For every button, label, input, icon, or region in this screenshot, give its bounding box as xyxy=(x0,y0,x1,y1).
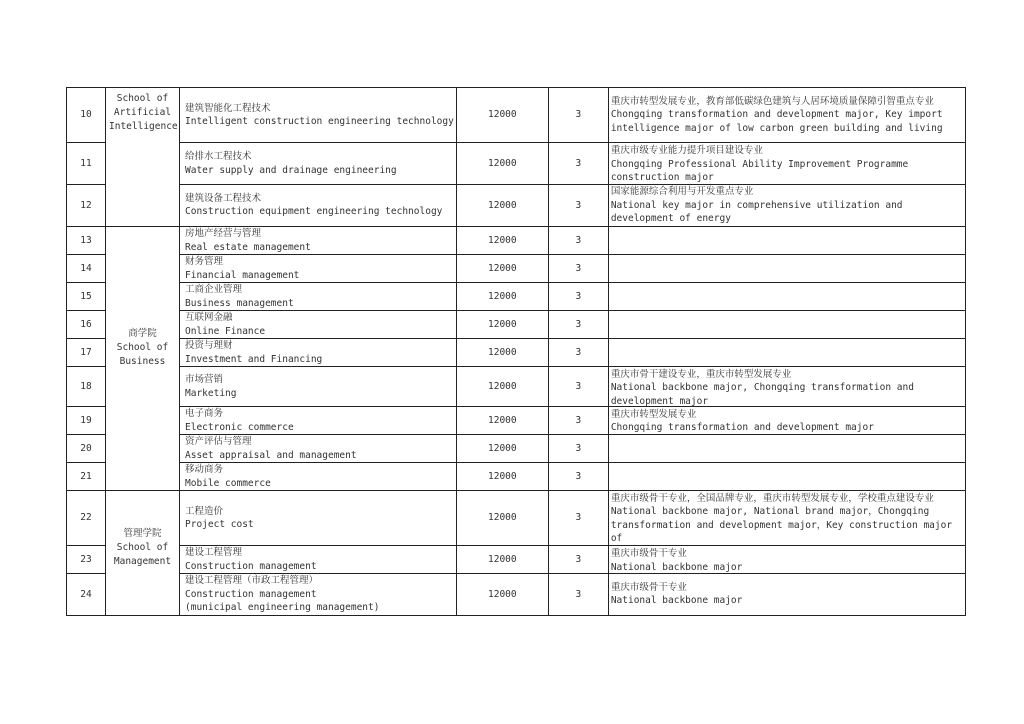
major-cell: 财务管理Financial management xyxy=(180,255,457,283)
note-en: Chongqing transformation and development… xyxy=(611,421,963,434)
majors-table: 10人工智能学院School of Artificial Intelligenc… xyxy=(66,87,966,616)
tuition-value: 12000 xyxy=(456,339,548,367)
major-name-en: Financial management xyxy=(185,269,454,283)
row-number: 19 xyxy=(67,407,106,435)
years-value: 3 xyxy=(548,574,608,616)
school-name-zh: 商学院 xyxy=(106,327,179,341)
school-name-en: School of Business xyxy=(106,341,179,369)
tuition-value: 12000 xyxy=(456,311,548,339)
table-row: 23建设工程管理Construction management120003重庆市… xyxy=(67,546,966,574)
note-cell: 重庆市级骨干专业National backbone major xyxy=(608,546,965,574)
row-number: 11 xyxy=(67,143,106,184)
major-cell: 移动商务Mobile commerce xyxy=(180,463,457,491)
major-name-zh: 电子商务 xyxy=(185,407,454,421)
table-row: 14财务管理Financial management120003 xyxy=(67,255,966,283)
row-number: 22 xyxy=(67,491,106,546)
table-row: 24建设工程管理（市政工程管理）Construction management … xyxy=(67,574,966,616)
major-cell: 建筑设备工程技术Construction equipment engineeri… xyxy=(180,184,457,226)
major-cell: 房地产经营与管理Real estate management xyxy=(180,227,457,255)
major-cell: 工程造价Project cost xyxy=(180,491,457,546)
major-cell: 投资与理财Investment and Financing xyxy=(180,339,457,367)
major-cell: 建设工程管理Construction management xyxy=(180,546,457,574)
years-value: 3 xyxy=(548,311,608,339)
table-row: 21移动商务Mobile commerce120003 xyxy=(67,463,966,491)
major-name-en: Project cost xyxy=(185,518,454,532)
note-en: National key major in comprehensive util… xyxy=(611,199,963,226)
major-name-en: Online Finance xyxy=(185,325,454,339)
major-name-zh: 投资与理财 xyxy=(185,339,454,353)
note-cell xyxy=(608,311,965,339)
table-row: 13商学院School of Business房地产经营与管理Real esta… xyxy=(67,227,966,255)
tuition-value: 12000 xyxy=(456,435,548,463)
years-value: 3 xyxy=(548,283,608,311)
table-row: 16互联网金融Online Finance120003 xyxy=(67,311,966,339)
years-value: 3 xyxy=(548,546,608,574)
note-en: National backbone major xyxy=(611,594,963,608)
note-zh: 重庆市级骨干专业 xyxy=(611,547,963,561)
years-value: 3 xyxy=(548,435,608,463)
tuition-value: 12000 xyxy=(456,491,548,546)
major-name-en: Construction equipment engineering techn… xyxy=(185,205,454,219)
tuition-value: 12000 xyxy=(456,574,548,616)
row-number: 10 xyxy=(67,88,106,143)
note-zh: 重庆市转型发展专业，教育部低碳绿色建筑与人居环境质量保障引智重点专业 xyxy=(611,95,963,109)
years-value: 3 xyxy=(548,367,608,407)
tuition-value: 12000 xyxy=(456,367,548,407)
major-name-en: Business management xyxy=(185,297,454,311)
school-cell: 人工智能学院School of Artificial Intelligence xyxy=(106,88,180,227)
note-cell xyxy=(608,283,965,311)
tuition-value: 12000 xyxy=(456,227,548,255)
major-name-en: Marketing xyxy=(185,387,454,401)
tuition-value: 12000 xyxy=(456,88,548,143)
table-row: 20资产评估与管理Asset appraisal and management1… xyxy=(67,435,966,463)
school-cell: 管理学院School of Management xyxy=(106,491,180,616)
tuition-value: 12000 xyxy=(456,184,548,226)
years-value: 3 xyxy=(548,255,608,283)
row-number: 23 xyxy=(67,546,106,574)
years-value: 3 xyxy=(548,463,608,491)
note-cell: 重庆市转型发展专业Chongqing transformation and de… xyxy=(608,407,965,435)
table-row: 18市场营销Marketing120003重庆市骨干建设专业，重庆市转型发展专业… xyxy=(67,367,966,407)
major-cell: 互联网金融Online Finance xyxy=(180,311,457,339)
school-cell: 商学院School of Business xyxy=(106,227,180,491)
row-number: 18 xyxy=(67,367,106,407)
note-cell: 重庆市级专业能力提升项目建设专业Chongqing Professional A… xyxy=(608,143,965,184)
major-name-en: Real estate management xyxy=(185,241,454,255)
tuition-value: 12000 xyxy=(456,255,548,283)
note-en: Chongqing transformation and development… xyxy=(611,108,963,135)
years-value: 3 xyxy=(548,227,608,255)
major-name-zh: 建筑设备工程技术 xyxy=(185,192,454,206)
major-name-en: Electronic commerce xyxy=(185,421,454,435)
note-cell: 重庆市级骨干专业National backbone major xyxy=(608,574,965,616)
major-cell: 电子商务Electronic commerce xyxy=(180,407,457,435)
tuition-value: 12000 xyxy=(456,407,548,435)
row-number: 13 xyxy=(67,227,106,255)
major-name-zh: 房地产经营与管理 xyxy=(185,227,454,241)
tuition-value: 12000 xyxy=(456,283,548,311)
major-name-en: Investment and Financing xyxy=(185,353,454,367)
note-cell: 国家能源综合利用与开发重点专业National key major in com… xyxy=(608,184,965,226)
row-number: 24 xyxy=(67,574,106,616)
major-cell: 建设工程管理（市政工程管理）Construction management (m… xyxy=(180,574,457,616)
major-name-en: Asset appraisal and management xyxy=(185,449,454,463)
major-cell: 市场营销Marketing xyxy=(180,367,457,407)
major-name-zh: 市场营销 xyxy=(185,373,454,387)
note-cell: 重庆市骨干建设专业，重庆市转型发展专业National backbone maj… xyxy=(608,367,965,407)
note-cell xyxy=(608,463,965,491)
note-cell: 重庆市级骨干专业，全国品牌专业，重庆市转型发展专业，学校重点建设专业Nation… xyxy=(608,491,965,546)
major-name-en: Construction management xyxy=(185,560,454,574)
major-name-zh: 互联网金融 xyxy=(185,311,454,325)
note-en: National backbone major, Chongqing trans… xyxy=(611,381,963,406)
school-name-en: School of Artificial Intelligence xyxy=(106,92,179,134)
row-number: 16 xyxy=(67,311,106,339)
row-number: 15 xyxy=(67,283,106,311)
table-row: 12建筑设备工程技术Construction equipment enginee… xyxy=(67,184,966,226)
major-cell: 建筑智能化工程技术Intelligent construction engine… xyxy=(180,88,457,143)
major-name-zh: 工商企业管理 xyxy=(185,283,454,297)
table-row: 11给排水工程技术Water supply and drainage engin… xyxy=(67,143,966,184)
tuition-value: 12000 xyxy=(456,143,548,184)
years-value: 3 xyxy=(548,88,608,143)
major-cell: 工商企业管理Business management xyxy=(180,283,457,311)
row-number: 12 xyxy=(67,184,106,226)
note-cell xyxy=(608,435,965,463)
table-row: 15工商企业管理Business management120003 xyxy=(67,283,966,311)
years-value: 3 xyxy=(548,407,608,435)
major-name-zh: 财务管理 xyxy=(185,255,454,269)
note-cell xyxy=(608,339,965,367)
major-name-zh: 移动商务 xyxy=(185,463,454,477)
years-value: 3 xyxy=(548,184,608,226)
major-name-zh: 工程造价 xyxy=(185,505,454,519)
years-value: 3 xyxy=(548,491,608,546)
note-zh: 国家能源综合利用与开发重点专业 xyxy=(611,185,963,199)
major-name-en: Intelligent construction engineering tec… xyxy=(185,115,454,129)
row-number: 14 xyxy=(67,255,106,283)
table-row: 22管理学院School of Management工程造价Project co… xyxy=(67,491,966,546)
years-value: 3 xyxy=(548,143,608,184)
tuition-value: 12000 xyxy=(456,463,548,491)
major-name-en: Water supply and drainage engineering xyxy=(185,164,454,178)
major-cell: 资产评估与管理Asset appraisal and management xyxy=(180,435,457,463)
note-zh: 重庆市级专业能力提升项目建设专业 xyxy=(611,144,963,158)
spreadsheet-page: 10人工智能学院School of Artificial Intelligenc… xyxy=(66,87,966,616)
major-name-zh: 建设工程管理（市政工程管理） xyxy=(185,574,454,588)
major-name-zh: 建设工程管理 xyxy=(185,546,454,560)
note-en: Chongqing Professional Ability Improveme… xyxy=(611,158,963,184)
note-zh: 重庆市转型发展专业 xyxy=(611,408,963,422)
note-en: National backbone major xyxy=(611,561,963,573)
years-value: 3 xyxy=(548,339,608,367)
table-row: 17投资与理财Investment and Financing120003 xyxy=(67,339,966,367)
row-number: 17 xyxy=(67,339,106,367)
note-cell xyxy=(608,227,965,255)
major-name-zh: 给排水工程技术 xyxy=(185,150,454,164)
major-name-en: Mobile commerce xyxy=(185,477,454,491)
table-row: 19电子商务Electronic commerce120003重庆市转型发展专业… xyxy=(67,407,966,435)
row-number: 21 xyxy=(67,463,106,491)
table-row: 10人工智能学院School of Artificial Intelligenc… xyxy=(67,88,966,143)
row-number: 20 xyxy=(67,435,106,463)
note-zh: 重庆市骨干建设专业，重庆市转型发展专业 xyxy=(611,368,963,382)
note-zh: 重庆市级骨干专业，全国品牌专业，重庆市转型发展专业，学校重点建设专业 xyxy=(611,492,963,506)
note-zh: 重庆市级骨干专业 xyxy=(611,581,963,595)
note-cell xyxy=(608,255,965,283)
major-name-zh: 资产评估与管理 xyxy=(185,435,454,449)
school-name-zh: 管理学院 xyxy=(106,527,179,541)
tuition-value: 12000 xyxy=(456,546,548,574)
major-name-zh: 建筑智能化工程技术 xyxy=(185,102,454,116)
school-name-en: School of Management xyxy=(106,541,179,569)
note-cell: 重庆市转型发展专业，教育部低碳绿色建筑与人居环境质量保障引智重点专业Chongq… xyxy=(608,88,965,143)
major-name-en: Construction management (municipal engin… xyxy=(185,588,454,615)
note-en: National backbone major, National brand … xyxy=(611,505,963,545)
major-cell: 给排水工程技术Water supply and drainage enginee… xyxy=(180,143,457,184)
